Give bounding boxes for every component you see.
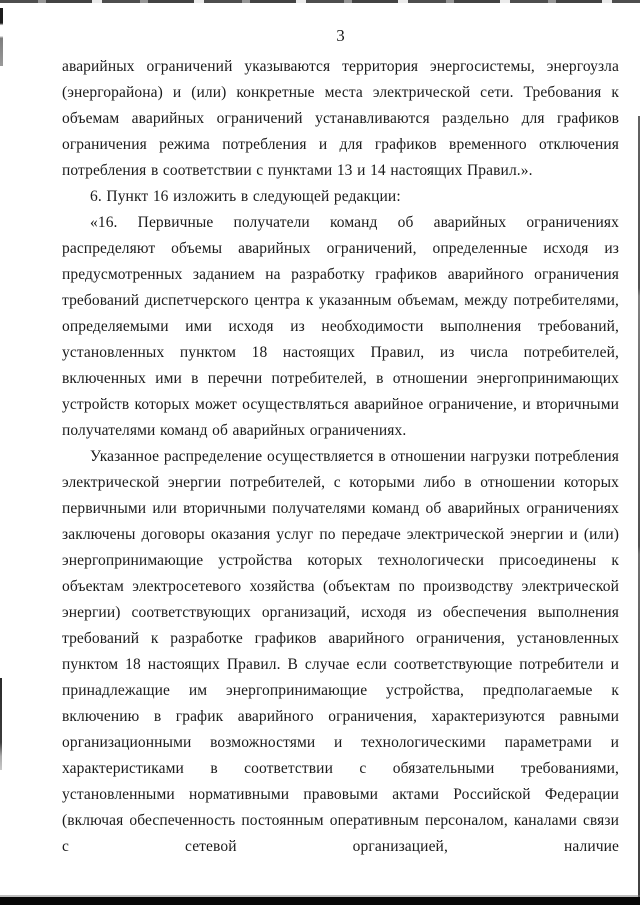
paragraph-point-16-part-1: «16. Первичные получатели команд об авар… xyxy=(62,210,619,444)
scan-artifact-top-edge xyxy=(0,0,640,3)
scan-artifact-bottom-bar xyxy=(0,897,640,905)
scan-artifact-left-edge-bottom xyxy=(0,678,2,770)
paragraph-amendment-item-6: 6. Пункт 16 изложить в следующей редакци… xyxy=(62,184,619,210)
scan-artifact-left-edge-top xyxy=(0,8,3,66)
page-number: 3 xyxy=(62,26,619,46)
paragraph-point-16-part-2: Указанное распределение осуществляется в… xyxy=(62,444,619,860)
page-text-body: аварийных ограничений указываются террит… xyxy=(62,54,619,860)
scanned-document-page: 3 аварийных ограничений указываются терр… xyxy=(0,0,640,905)
paragraph-continuation: аварийных ограничений указываются террит… xyxy=(62,54,619,184)
